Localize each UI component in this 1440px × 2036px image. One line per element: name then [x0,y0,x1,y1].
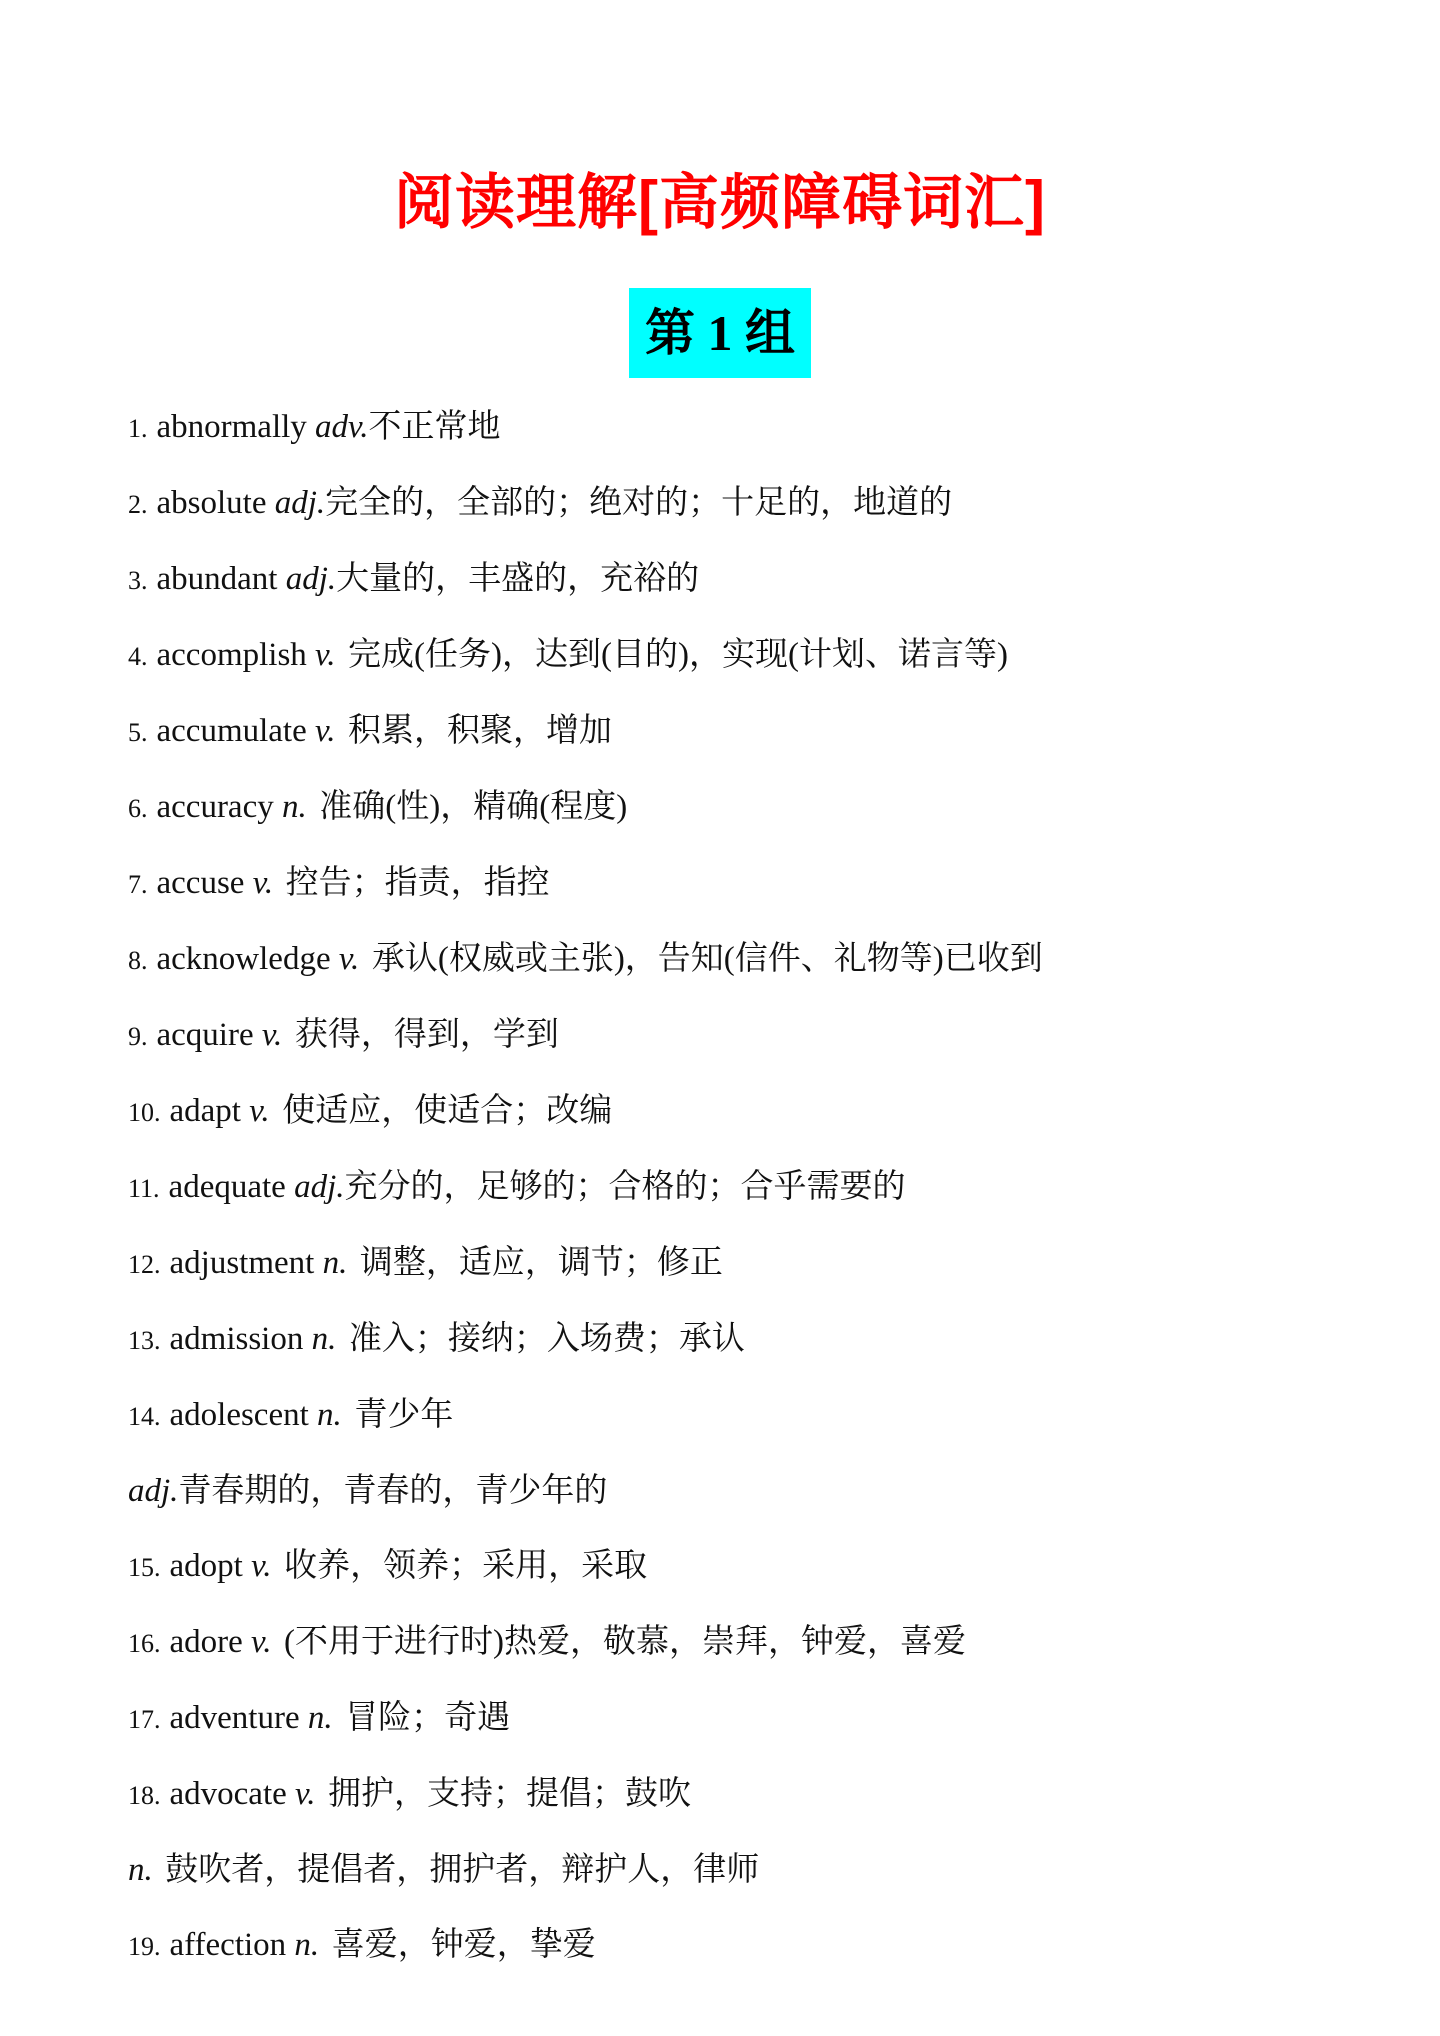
entry-definition: 冒险；奇遇 [345,1700,510,1736]
entry-number: 19. [128,1932,161,1961]
page-title: 阅读理解[高频障碍词汇] [0,0,1440,236]
entry-word: abnormally [157,409,307,445]
entry-pos: adj. [294,1169,344,1205]
entry-definition: 大量的，丰盛的，充裕的 [336,561,699,597]
entry-number: 15. [128,1553,161,1582]
vocab-entry: 12.adjustment n.调整，适应，调节；修正 [128,1226,1380,1302]
entry-number: 7. [128,870,148,899]
entry-word: abundant [157,561,278,597]
entry-pos: n. [323,1245,348,1281]
entry-word: adventure [170,1700,300,1736]
vocab-entry: 17.adventure n.冒险；奇遇 [128,1681,1380,1757]
entry-definition: 调整，适应，调节；修正 [360,1245,723,1281]
entry-number: 5. [128,718,148,747]
entry-pos: v. [251,1624,271,1660]
entry-definition: 准确(性)，精确(程度) [319,789,627,825]
entry-pos: v. [315,713,335,749]
entry-number: 17. [128,1705,161,1734]
document-page: 阅读理解[高频障碍词汇] 第 1 组 1.abnormally adv.不正常地… [0,0,1440,2036]
vocab-entry: n.鼓吹者，提倡者，拥护者，辩护人，律师 [128,1833,1380,1908]
entry-word: admission [170,1321,304,1357]
entry-word: adjustment [170,1245,315,1281]
entry-definition: 青春期的，青春的，青少年的 [178,1473,607,1509]
vocab-entry: 9.acquire v.获得，得到，学到 [128,998,1380,1074]
entry-pos: v. [295,1776,315,1812]
entry-word: accomplish [157,637,307,673]
vocab-entry: 4.accomplish v.完成(任务)，达到(目的)，实现(计划、诺言等) [128,618,1380,694]
entry-pos: v. [253,865,273,901]
entry-number: 10. [128,1098,161,1127]
vocab-entry: 16.adore v.(不用于进行时)热爱，敬慕，崇拜，钟爱，喜爱 [128,1605,1380,1681]
entry-pos: v. [249,1093,269,1129]
entry-pos: adj. [275,485,325,521]
vocab-entry: 15.adopt v.收养，领养；采用，采取 [128,1529,1380,1605]
vocab-entry: 11.adequate adj.充分的，足够的；合格的；合乎需要的 [128,1150,1380,1226]
entry-number: 18. [128,1781,161,1810]
entry-definition: 喜爱，钟爱，挚爱 [332,1927,596,1963]
entry-definition: 控告；指责，指控 [286,865,550,901]
entry-pos: adj. [286,561,336,597]
entry-pos: n. [294,1927,319,1963]
entry-pos: v. [339,941,359,977]
entry-definition: 使适应，使适合；改编 [282,1093,612,1129]
entry-definition: 鼓吹者，提倡者，拥护者，辩护人，律师 [165,1852,759,1888]
vocab-entry: 19.affection n.喜爱，钟爱，挚爱 [128,1908,1380,1984]
entry-number: 16. [128,1629,161,1658]
vocab-entry: 13.admission n.准入；接纳；入场费；承认 [128,1302,1380,1378]
entry-definition: 充分的，足够的；合格的；合乎需要的 [344,1169,905,1205]
entry-number: 3. [128,566,148,595]
vocab-entry: 6.accuracy n.准确(性)，精确(程度) [128,770,1380,846]
entry-word: affection [170,1927,287,1963]
entry-definition: (不用于进行时)热爱，敬慕，崇拜，钟爱，喜爱 [284,1624,966,1660]
vocab-entry: 8.acknowledge v.承认(权威或主张)，告知(信件、礼物等)已收到 [128,922,1380,998]
entry-definition: 承认(权威或主张)，告知(信件、礼物等)已收到 [372,941,1043,977]
vocab-entry: 7.accuse v.控告；指责，指控 [128,846,1380,922]
entry-word: adore [170,1624,243,1660]
entry-word: adopt [170,1548,243,1584]
vocab-entry: 2.absolute adj.完全的，全部的；绝对的；十足的，地道的 [128,466,1380,542]
entry-number: 13. [128,1326,161,1355]
vocab-entry: 14.adolescent n.青少年 [128,1378,1380,1454]
entry-definition: 拥护，支持；提倡；鼓吹 [328,1776,691,1812]
entry-pos: n. [308,1700,333,1736]
entry-word: adolescent [170,1397,309,1433]
entry-definition: 积累，积聚，增加 [348,713,612,749]
group-badge-row: 第 1 组 [0,288,1440,378]
entry-number: 2. [128,490,148,519]
entry-number: 14. [128,1402,161,1431]
entry-number: 9. [128,1022,148,1051]
entry-number: 8. [128,946,148,975]
entry-pos: v. [262,1017,282,1053]
vocab-list: 1.abnormally adv.不正常地2.absolute adj.完全的，… [0,390,1440,1984]
entry-number: 4. [128,642,148,671]
entry-word: adapt [170,1093,241,1129]
entry-pos: v. [315,637,335,673]
entry-pos: adv. [315,409,368,445]
entry-word: accuracy [157,789,274,825]
group-badge: 第 1 组 [629,288,811,378]
vocab-entry: 10.adapt v.使适应，使适合；改编 [128,1074,1380,1150]
vocab-entry: 5.accumulate v.积累，积聚，增加 [128,694,1380,770]
entry-definition: 不正常地 [369,409,501,445]
entry-definition: 收养，领养；采用，采取 [284,1548,647,1584]
entry-word: acquire [157,1017,254,1053]
entry-number: 6. [128,794,148,823]
entry-pos: adj. [128,1473,178,1509]
vocab-entry: adj.青春期的，青春的，青少年的 [128,1454,1380,1529]
entry-pos: n. [128,1852,153,1888]
vocab-entry: 18.advocate v.拥护，支持；提倡；鼓吹 [128,1757,1380,1833]
entry-word: accuse [157,865,245,901]
entry-definition: 完成(任务)，达到(目的)，实现(计划、诺言等) [348,637,1008,673]
entry-word: adequate [169,1169,286,1205]
entry-word: advocate [170,1776,287,1812]
entry-definition: 准入；接纳；入场费；承认 [349,1321,745,1357]
entry-pos: v. [251,1548,271,1584]
vocab-entry: 3.abundant adj.大量的，丰盛的，充裕的 [128,542,1380,618]
entry-word: absolute [157,485,267,521]
entry-number: 11. [128,1174,160,1203]
entry-pos: n. [282,789,307,825]
entry-number: 12. [128,1250,161,1279]
entry-word: acknowledge [157,941,331,977]
entry-word: accumulate [157,713,307,749]
entry-definition: 获得，得到，学到 [295,1017,559,1053]
entry-definition: 青少年 [354,1397,453,1433]
entry-pos: n. [317,1397,342,1433]
entry-pos: n. [312,1321,337,1357]
entry-number: 1. [128,414,148,443]
entry-definition: 完全的，全部的；绝对的；十足的，地道的 [325,485,952,521]
vocab-entry: 1.abnormally adv.不正常地 [128,390,1380,466]
